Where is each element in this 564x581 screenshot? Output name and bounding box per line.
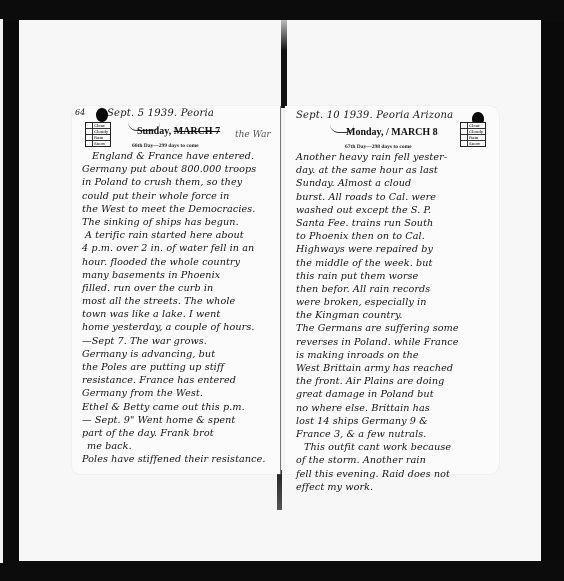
text-line: the front. Air Plains are doing: [296, 375, 459, 388]
text-line: The Germans are suffering some: [296, 322, 459, 335]
text-line: the West to meet the Democracies.: [82, 203, 266, 216]
text-line: could put their whole force in: [82, 190, 266, 203]
text-line: me back.: [82, 440, 266, 453]
page-number: 64: [75, 108, 85, 117]
text-line: filled. run over the curb in: [82, 282, 266, 295]
printed-subheader-left: 66th Day—299 days to come: [132, 143, 199, 149]
text-line: Germany from the West.: [82, 387, 266, 400]
text-line: the Kingman country.: [296, 309, 459, 322]
text-line: part of the day. Frank brot: [82, 427, 266, 440]
text-line: fell this evening. Raid does not: [296, 468, 459, 481]
film-border-top: [0, 0, 564, 21]
text-line: A terific rain started here about: [82, 229, 266, 242]
text-line: then befor. All rain records: [296, 283, 459, 296]
text-line: lost 14 ships Germany 9 &: [296, 415, 459, 428]
film-edge-left: [0, 19, 3, 563]
text-line: no where else. Brittain has: [296, 402, 459, 415]
text-line: Poles have stiffened their resistance.: [82, 453, 266, 466]
text-line: France 3, & a few nutrals.: [296, 428, 459, 441]
text-line: This outfit cant work because: [296, 441, 459, 454]
text-line: effect my work.: [296, 481, 459, 494]
center-divider: [281, 20, 287, 108]
text-line: —Sept 7. The war grows.: [82, 335, 266, 348]
text-line: 4 p.m. over 2 in. of water fell in an: [82, 242, 266, 255]
text-line: burst. All roads to Cal. were: [296, 191, 459, 204]
text-line: to Phoenix then on to Cal.: [296, 230, 459, 243]
printed-subheader-right: 67th Day—298 days to come: [345, 144, 412, 150]
text-line: washed out except the S. P.: [296, 204, 459, 217]
text-line: hour. flooded the whole country: [82, 256, 266, 269]
text-line: day. at the same hour as last: [296, 164, 459, 177]
handwritten-entry-right: Another heavy rain fell yester- day. at …: [296, 151, 459, 494]
handwritten-date-left: Sept. 5 1939. Peoria: [107, 108, 214, 119]
text-line: reverses in Poland. while France: [296, 336, 459, 349]
text-line: were broken, especially in: [296, 296, 459, 309]
printed-day-left: Sunday, MARCH 7: [137, 126, 220, 137]
text-line: is making inroads on the: [296, 349, 459, 362]
margin-note: the War: [235, 130, 271, 140]
text-line: many basements in Phoenix: [82, 269, 266, 282]
printed-day-right: Monday, / MARCH 8: [346, 127, 438, 138]
weather-checkbox-right: Clear Cloudy Rain Snow: [460, 122, 486, 147]
text-line: the Poles are putting up stiff: [82, 361, 266, 374]
text-line: most all the streets. The whole: [82, 295, 266, 308]
text-line: Santa Fee. trains run South: [296, 217, 459, 230]
text-line: the middle of the week. but: [296, 257, 459, 270]
weather-checkbox-left: Clear Cloudy Rain Snow: [85, 122, 111, 147]
weather-option: Snow: [461, 141, 485, 146]
handwritten-date-right: Sept. 10 1939. Peoria Arizona: [296, 110, 453, 121]
text-line: Germany put about 800.000 troops: [82, 163, 266, 176]
text-line: Highways were repaired by: [296, 243, 459, 256]
text-line: West Brittain army has reached: [296, 362, 459, 375]
weather-option: Snow: [86, 141, 110, 146]
text-line: home yesterday, a couple of hours.: [82, 321, 266, 334]
text-line: — Sept. 9" Went home & spent: [82, 414, 266, 427]
film-border-bottom: [0, 560, 564, 581]
text-line: town was like a lake. I went: [82, 308, 266, 321]
text-line: Ethel & Betty came out this p.m.: [82, 401, 266, 414]
text-line: of the storm. Another rain: [296, 454, 459, 467]
center-divider-lower: [277, 470, 282, 510]
text-line: this rain put them worse: [296, 270, 459, 283]
text-line: Sunday. Almost a cloud: [296, 177, 459, 190]
handwritten-entry-left: England & France have entered. Germany p…: [82, 150, 266, 467]
text-line: in Poland to crush them, so they: [82, 176, 266, 189]
text-line: resistance. France has entered: [82, 374, 266, 387]
text-line: Germany is advancing, but: [82, 348, 266, 361]
text-line: England & France have entered.: [82, 150, 266, 163]
text-line: The sinking of ships has begun.: [82, 216, 266, 229]
text-line: Another heavy rain fell yester-: [296, 151, 459, 164]
text-line: great damage in Poland but: [296, 388, 459, 401]
